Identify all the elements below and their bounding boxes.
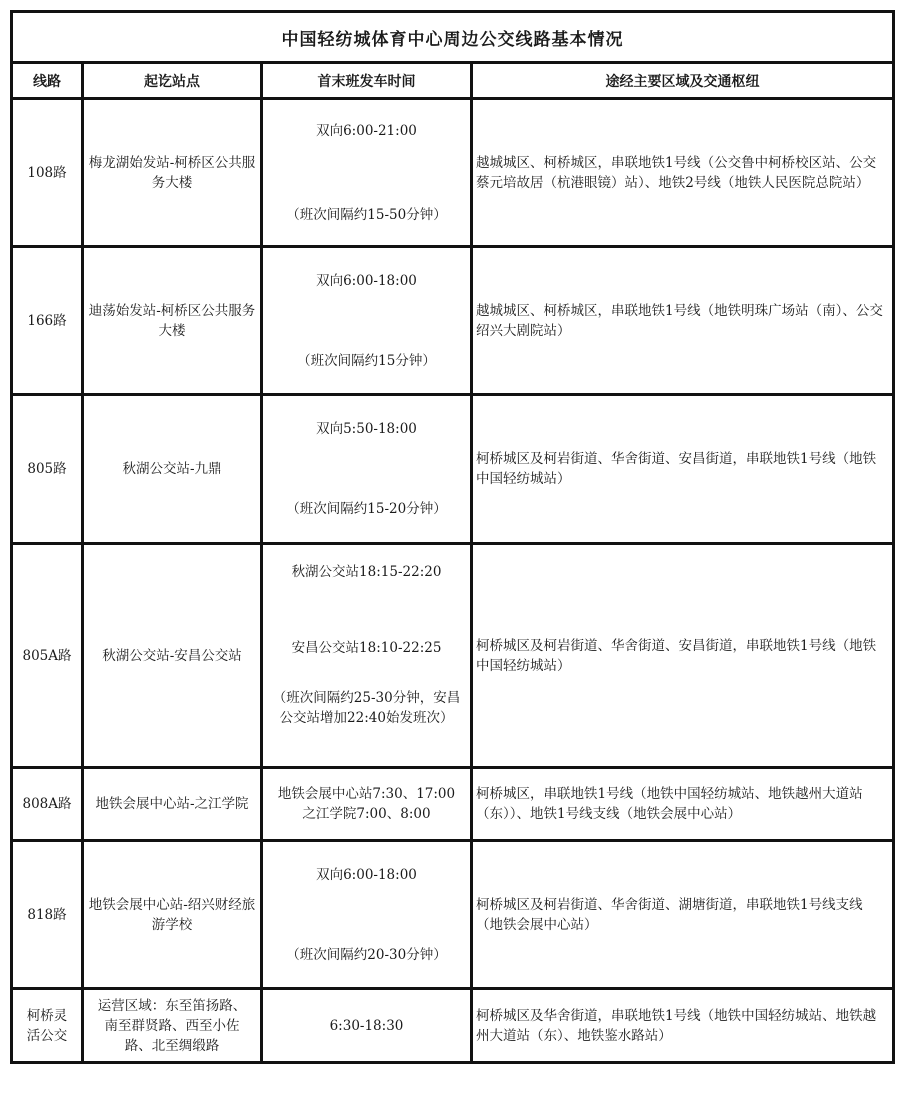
route-stops: 秋湖公交站-九鼎	[83, 395, 262, 544]
time-interval: （班次间隔约25-30分钟，安昌公交站增加22:40始发班次）	[266, 688, 467, 728]
route-area: 柯桥城区及柯岩街道、华舍街道、安昌街道，串联地铁1号线（地铁中国轻纺城站）	[472, 544, 894, 768]
time-interval: （班次间隔约15-20分钟）	[286, 499, 446, 519]
time-interval: （班次间隔约15-50分钟）	[286, 205, 446, 225]
route-area: 柯桥城区及华舍街道，串联地铁1号线（地铁中国轻纺城站、地铁越州大道站（东）、地铁…	[472, 989, 894, 1063]
route-name: 805路	[12, 395, 83, 544]
header-time: 首末班发车时间	[262, 63, 472, 99]
time-schedule-anchang: 安昌公交站18:10-22:25	[292, 638, 442, 658]
time-schedule: 双向6:00-18:00	[316, 865, 417, 885]
table-row: 805路 秋湖公交站-九鼎 双向5:50-18:00 （班次间隔约15-20分钟…	[12, 395, 894, 544]
route-time: 双向6:00-18:00 （班次间隔约20-30分钟）	[262, 841, 472, 989]
header-stops: 起讫站点	[83, 63, 262, 99]
route-time: 双向6:00-18:00 （班次间隔约15分钟）	[262, 247, 472, 395]
route-stops: 地铁会展中心站-之江学院	[83, 768, 262, 841]
route-time: 地铁会展中心站7:30、17:00 之江学院7:00、8:00	[262, 768, 472, 841]
time-interval: （班次间隔约20-30分钟）	[286, 945, 446, 965]
time-schedule: 地铁会展中心站7:30、17:00 之江学院7:00、8:00	[275, 784, 458, 824]
table-row: 805A路 秋湖公交站-安昌公交站 秋湖公交站18:15-22:20 安昌公交站…	[12, 544, 894, 768]
table-row: 108路 梅龙湖始发站-柯桥区公共服务大楼 双向6:00-21:00 （班次间隔…	[12, 99, 894, 247]
route-time: 双向5:50-18:00 （班次间隔约15-20分钟）	[262, 395, 472, 544]
header-row: 线路 起讫站点 首末班发车时间 途经主要区域及交通枢纽	[12, 63, 894, 99]
route-name: 808A路	[12, 768, 83, 841]
table-row: 818路 地铁会展中心站-绍兴财经旅游学校 双向6:00-18:00 （班次间隔…	[12, 841, 894, 989]
route-time: 秋湖公交站18:15-22:20 安昌公交站18:10-22:25 （班次间隔约…	[262, 544, 472, 768]
route-area: 越城城区、柯桥城区，串联地铁1号线（公交鲁中柯桥校区站、公交蔡元培故居（杭港眼镜…	[472, 99, 894, 247]
title-row: 中国轻纺城体育中心周边公交线路基本情况	[12, 12, 894, 63]
route-area: 柯桥城区及柯岩街道、华舍街道、湖塘街道，串联地铁1号线支线（地铁会展中心站）	[472, 841, 894, 989]
route-stops: 地铁会展中心站-绍兴财经旅游学校	[83, 841, 262, 989]
route-stops: 运营区域：东至笛扬路、南至群贤路、西至小佐路、北至绸缎路	[83, 989, 262, 1063]
time-schedule: 双向5:50-18:00	[316, 419, 417, 439]
header-route: 线路	[12, 63, 83, 99]
bus-routes-table: 中国轻纺城体育中心周边公交线路基本情况 线路 起讫站点 首末班发车时间 途经主要…	[10, 10, 895, 1064]
route-stops: 梅龙湖始发站-柯桥区公共服务大楼	[83, 99, 262, 247]
time-schedule: 双向6:00-21:00	[316, 121, 417, 141]
route-name: 108路	[12, 99, 83, 247]
route-area: 柯桥城区，串联地铁1号线（地铁中国轻纺城站、地铁越州大道站（东））、地铁1号线支…	[472, 768, 894, 841]
route-name: 818路	[12, 841, 83, 989]
route-stops: 秋湖公交站-安昌公交站	[83, 544, 262, 768]
route-name: 166路	[12, 247, 83, 395]
header-area: 途经主要区域及交通枢纽	[472, 63, 894, 99]
route-area: 越城城区、柯桥城区，串联地铁1号线（地铁明珠广场站（南）、公交绍兴大剧院站）	[472, 247, 894, 395]
time-schedule-qiuhu: 秋湖公交站18:15-22:20	[292, 562, 442, 582]
route-name: 805A路	[12, 544, 83, 768]
time-schedule: 6:30-18:30	[266, 1016, 467, 1036]
route-stops: 迪荡始发站-柯桥区公共服务大楼	[83, 247, 262, 395]
route-name: 柯桥灵活公交	[12, 989, 83, 1063]
route-area: 柯桥城区及柯岩街道、华舍街道、安昌街道，串联地铁1号线（地铁中国轻纺城站）	[472, 395, 894, 544]
time-interval: （班次间隔约15分钟）	[297, 351, 436, 371]
table-row: 166路 迪荡始发站-柯桥区公共服务大楼 双向6:00-18:00 （班次间隔约…	[12, 247, 894, 395]
route-time: 6:30-18:30	[262, 989, 472, 1063]
time-schedule: 双向6:00-18:00	[316, 271, 417, 291]
route-time: 双向6:00-21:00 （班次间隔约15-50分钟）	[262, 99, 472, 247]
table-row: 柯桥灵活公交 运营区域：东至笛扬路、南至群贤路、西至小佐路、北至绸缎路 6:30…	[12, 989, 894, 1063]
table-row: 808A路 地铁会展中心站-之江学院 地铁会展中心站7:30、17:00 之江学…	[12, 768, 894, 841]
table-title: 中国轻纺城体育中心周边公交线路基本情况	[12, 12, 894, 63]
